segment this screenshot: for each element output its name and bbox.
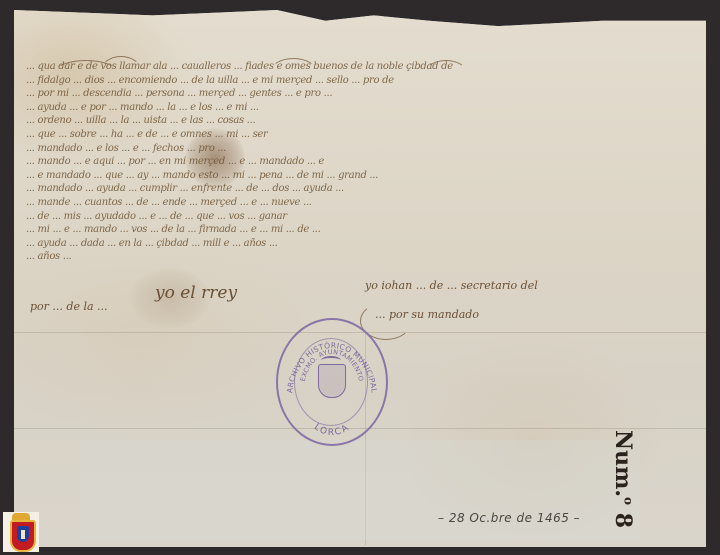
manuscript-line: ... mando ... e aqui ... por ... en mi m… — [26, 155, 626, 169]
catalog-number-label: Num. — [610, 430, 636, 497]
tower-icon — [21, 530, 25, 539]
left-note: por ... de la ... — [30, 300, 108, 313]
manuscript-line: ... ordeno ... uilla ... la ... uista ..… — [26, 114, 626, 128]
shield-field — [17, 526, 29, 542]
archive-stamp: ARCHIVO HISTÓRICO MUNICIPAL EXCMO. AYUNT… — [276, 318, 388, 446]
manuscript-line: ... años ... — [26, 250, 121, 264]
catalog-number-value: 8 — [610, 513, 636, 528]
royal-signature: yo el rrey — [155, 283, 237, 303]
manuscript-body: ... qua dar e de vos llamar ala ... caua… — [26, 60, 626, 264]
lorca-coat-of-arms-logo — [3, 512, 39, 552]
pencil-date-annotation: – 28 Oc.bre de 1465 – — [438, 511, 580, 525]
manuscript-line: ... fidalgo ... dios ... encomiendo ... … — [26, 74, 626, 88]
crown-icon — [12, 513, 30, 520]
manuscript-line: ... mi ... e ... mando ... vos ... de la… — [26, 223, 626, 237]
manuscript-line: ... ayuda ... dada ... en la ... çibdad … — [26, 237, 626, 251]
manuscript-line: ... mande ... cuantos ... de ... ende ..… — [26, 196, 626, 210]
paper-discoloration — [80, 440, 640, 540]
manuscript-line: ... qua dar e de vos llamar ala ... caua… — [26, 60, 626, 74]
secretary-subscription: yo iohan ... de ... secretario del — [365, 279, 538, 292]
manuscript-line: ... de ... mis ... ayudado ... e ... de … — [26, 210, 626, 224]
manuscript-line: ... e mandado ... que ... ay ... mando e… — [26, 169, 626, 183]
manuscript-line: ... por mi ... descendia ... persona ...… — [26, 87, 626, 101]
catalog-number: Num.o 8 — [610, 430, 636, 550]
catalog-number-superscript: o — [621, 497, 635, 505]
svg-text:LORCA: LORCA — [312, 422, 352, 438]
coat-of-arms-icon — [318, 364, 346, 398]
manuscript-line: ... mandado ... ayuda ... cumplir ... en… — [26, 182, 626, 196]
manuscript-line: ... que ... sobre ... ha ... e de ... e … — [26, 128, 626, 142]
manuscript-line: ... mandado ... e los ... e ... fechos .… — [26, 142, 626, 156]
stamp-city-text: LORCA — [312, 422, 352, 438]
manuscript-line: ... ayuda ... e por ... mando ... la ...… — [26, 101, 626, 115]
shield-icon — [10, 520, 36, 552]
